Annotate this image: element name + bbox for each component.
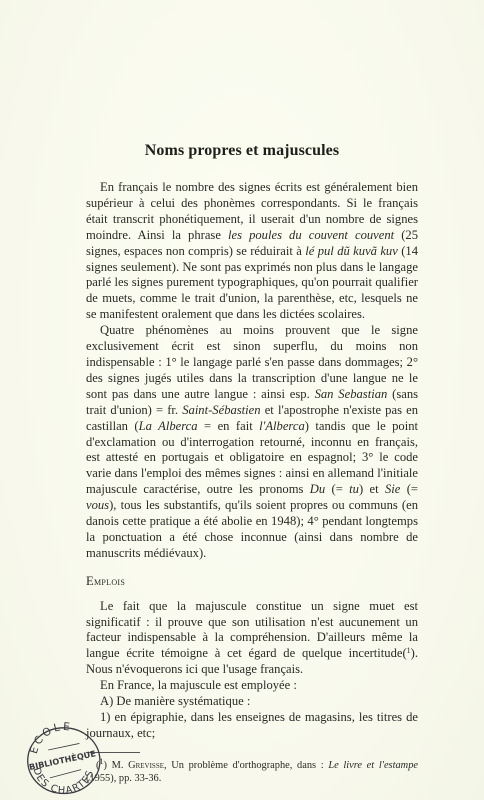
page-title: Noms propres et majuscules <box>0 142 484 160</box>
svg-text:ECOLE: ECOLE <box>27 722 73 755</box>
paragraph-p2: Quatre phénomènes au moins prouvent que … <box>86 323 418 562</box>
document-body: En français le nombre des signes écrits … <box>86 180 418 785</box>
document-page: Noms propres et majuscules En français l… <box>0 0 484 800</box>
section-heading-text: Emplois <box>86 576 125 588</box>
intro-paragraphs: En français le nombre des signes écrits … <box>86 180 418 562</box>
library-stamp-icon: ECOLE BIBLIOTHÈQUE DES CHARTES <box>22 722 104 796</box>
paragraph-p5: A) De manière systématique : <box>86 694 418 710</box>
stamp-bottom-text: DES CHARTES <box>31 766 97 796</box>
italic-text: lé pul dũ kuvã kuv <box>305 244 398 258</box>
text-segment: (= <box>400 482 418 496</box>
footnote-text-before: , Un problème d'orthographe, dans : <box>164 760 328 771</box>
text-segment: 1) en épigraphie, dans les enseignes de … <box>86 710 418 740</box>
italic-text: Sie <box>385 482 400 496</box>
paragraph-p6: 1) en épigraphie, dans les enseignes de … <box>86 710 418 742</box>
section-paragraphs: Le fait que la majuscule constitue un si… <box>86 599 418 742</box>
section-heading: Emplois <box>86 574 418 591</box>
text-segment: ), tous les substantifs, qu'ils soient p… <box>86 498 418 560</box>
italic-text: Saint-Sébastien <box>182 403 260 417</box>
footnote-author: M. Grevisse <box>112 760 164 771</box>
paragraph-p1: En français le nombre des signes écrits … <box>86 180 418 323</box>
text-segment: Le fait que la majuscule constitue un si… <box>86 599 418 661</box>
paragraph-p3: Le fait que la majuscule constitue un si… <box>86 599 418 679</box>
italic-text: l'Alberca <box>259 419 305 433</box>
italic-text: Du <box>310 482 325 496</box>
italic-text: La Alberca <box>139 419 198 433</box>
stamp-top-text: ECOLE <box>27 722 73 755</box>
text-segment: En France, la majuscule est employée : <box>100 678 297 692</box>
text-segment: A) De manière systématique : <box>100 694 250 708</box>
footnote-work-title: Le livre et l'estampe <box>328 760 418 771</box>
text-segment: (= <box>325 482 349 496</box>
italic-text: vous <box>86 498 109 512</box>
italic-text: tu <box>349 482 359 496</box>
footnote: (1) M. Grevisse, Un problème d'orthograp… <box>86 759 418 785</box>
svg-text:DES CHARTES: DES CHARTES <box>31 766 97 796</box>
italic-text: les poules du couvent couvent <box>228 228 394 242</box>
text-segment: = en fait <box>198 419 260 433</box>
paragraph-p4: En France, la majuscule est employée : <box>86 678 418 694</box>
text-segment: ) et <box>359 482 385 496</box>
italic-text: San Sebastian <box>315 387 388 401</box>
